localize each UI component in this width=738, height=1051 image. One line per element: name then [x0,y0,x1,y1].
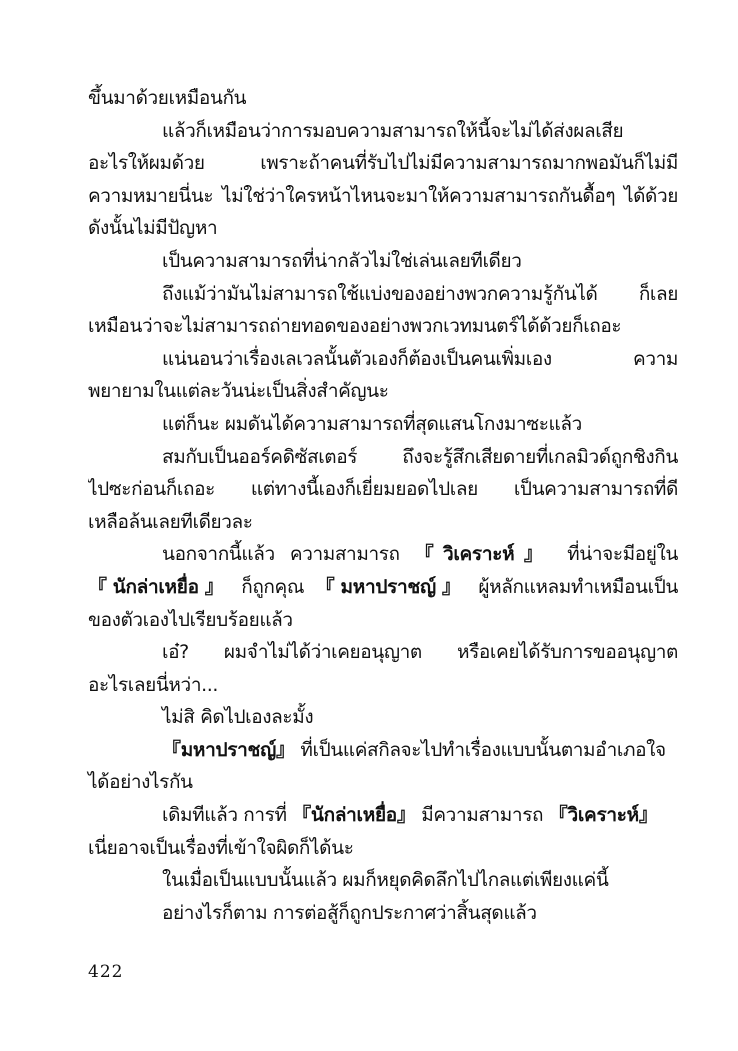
text-line: แล้วก็เหมือนว่าการมอบความสามารถให้นี้จะไ… [88,115,678,148]
text-line: แต่ก็นะ ผมดันได้ความสามารถที่สุดแสนโกงมา… [88,408,678,441]
skill-name-bold: 『นักล่าเหยื่อ』 [88,576,230,598]
plain-text: ก็ถูกคุณ [230,576,316,598]
text-line-rich: นอกจากนี้แล้ว ความสามารถ 『วิเคราะห์』 ที่… [88,538,678,571]
skill-name-bold: 『มหาปราชญ์』 [316,576,467,598]
text-line: ความหมายนี่นะ ไม่ใช่ว่าใครหน้าไหนจะมาให้… [88,180,678,213]
text-line-rich: 『มหาปราชญ์』 ที่เป็นแค่สกิลจะไปทำเรื่องแบ… [88,734,678,767]
text-line: อะไรให้ผมด้วย เพราะถ้าคนที่รับไปไม่มีควา… [88,147,678,180]
text-line: ขึ้นมาด้วยเหมือนกัน [88,82,678,115]
text-line: เหลือล้นเลยทีเดียวละ [88,506,678,539]
text-line: เป็นความสามารถที่น่ากลัวไม่ใช่เล่นเลยทีเ… [88,245,678,278]
text-line: เนี่ยอาจเป็นเรื่องที่เข้าใจผิดก็ได้นะ [88,832,678,865]
text-line: เอ๋? ผมจำไม่ได้ว่าเคยอนุญาต หรือเคยได้รั… [88,636,678,669]
text-line: พยายามในแต่ละวันน่ะเป็นสิ่งสำคัญนะ [88,375,678,408]
text-line: อะไรเลยนี่หว่า... [88,669,678,702]
book-page-text: ขึ้นมาด้วยเหมือนกัน แล้วก็เหมือนว่าการมอ… [88,82,678,929]
text-line: อย่างไรก็ตาม การต่อสู้ก็ถูกประกาศว่าสิ้น… [88,897,678,930]
plain-text: ผู้หลักแหลมทำเหมือนเป็น [467,576,678,598]
skill-name-bold: 『วิเคราะห์』 [415,543,552,565]
plain-text: ที่เป็นแค่สกิลจะไปทำเรื่องแบบนั้นตามอำเภ… [295,739,666,761]
skill-name-bold: 『มหาปราชญ์』 [162,739,295,761]
page-number: 422 [88,962,123,982]
plain-text: มีความสามารถ [416,804,549,826]
text-line-rich: เดิมทีแล้ว การที่ 『นักล่าเหยื่อ』 มีความส… [88,799,678,832]
text-line: ได้อย่างไรกัน [88,766,678,799]
plain-text: ที่น่าจะมีอยู่ใน [552,543,678,565]
skill-name-bold: 『นักล่าเหยื่อ』 [292,804,415,826]
text-line: สมกับเป็นออร์คดิซัสเตอร์ ถึงจะรู้สึกเสีย… [88,441,678,474]
text-line-rich: 『นักล่าเหยื่อ』 ก็ถูกคุณ 『มหาปราชญ์』 ผู้ห… [88,571,678,604]
text-line: ในเมื่อเป็นแบบนั้นแล้ว ผมก็หยุดคิดลึกไปไ… [88,864,678,897]
skill-name-bold: 『วิเคราะห์』 [549,804,658,826]
plain-text: นอกจากนี้แล้ว ความสามารถ [162,543,415,565]
text-line: ถึงแม้ว่ามันไม่สามารถใช้แบ่งของอย่างพวกค… [88,278,678,311]
text-line: เหมือนว่าจะไม่สามารถถ่ายทอดของอย่างพวกเว… [88,310,678,343]
text-line: แน่นอนว่าเรื่องเลเวลนั้นตัวเองก็ต้องเป็น… [88,343,678,376]
text-line: ของตัวเองไปเรียบร้อยแล้ว [88,604,678,637]
plain-text: เดิมทีแล้ว การที่ [162,804,292,826]
text-line: ไปซะก่อนก็เถอะ แต่ทางนี้เองก็เยี่ยมยอดไป… [88,473,678,506]
text-line: ดังนั้นไม่มีปัญหา [88,212,678,245]
text-line: ไม่สิ คิดไปเองละมั้ง [88,701,678,734]
